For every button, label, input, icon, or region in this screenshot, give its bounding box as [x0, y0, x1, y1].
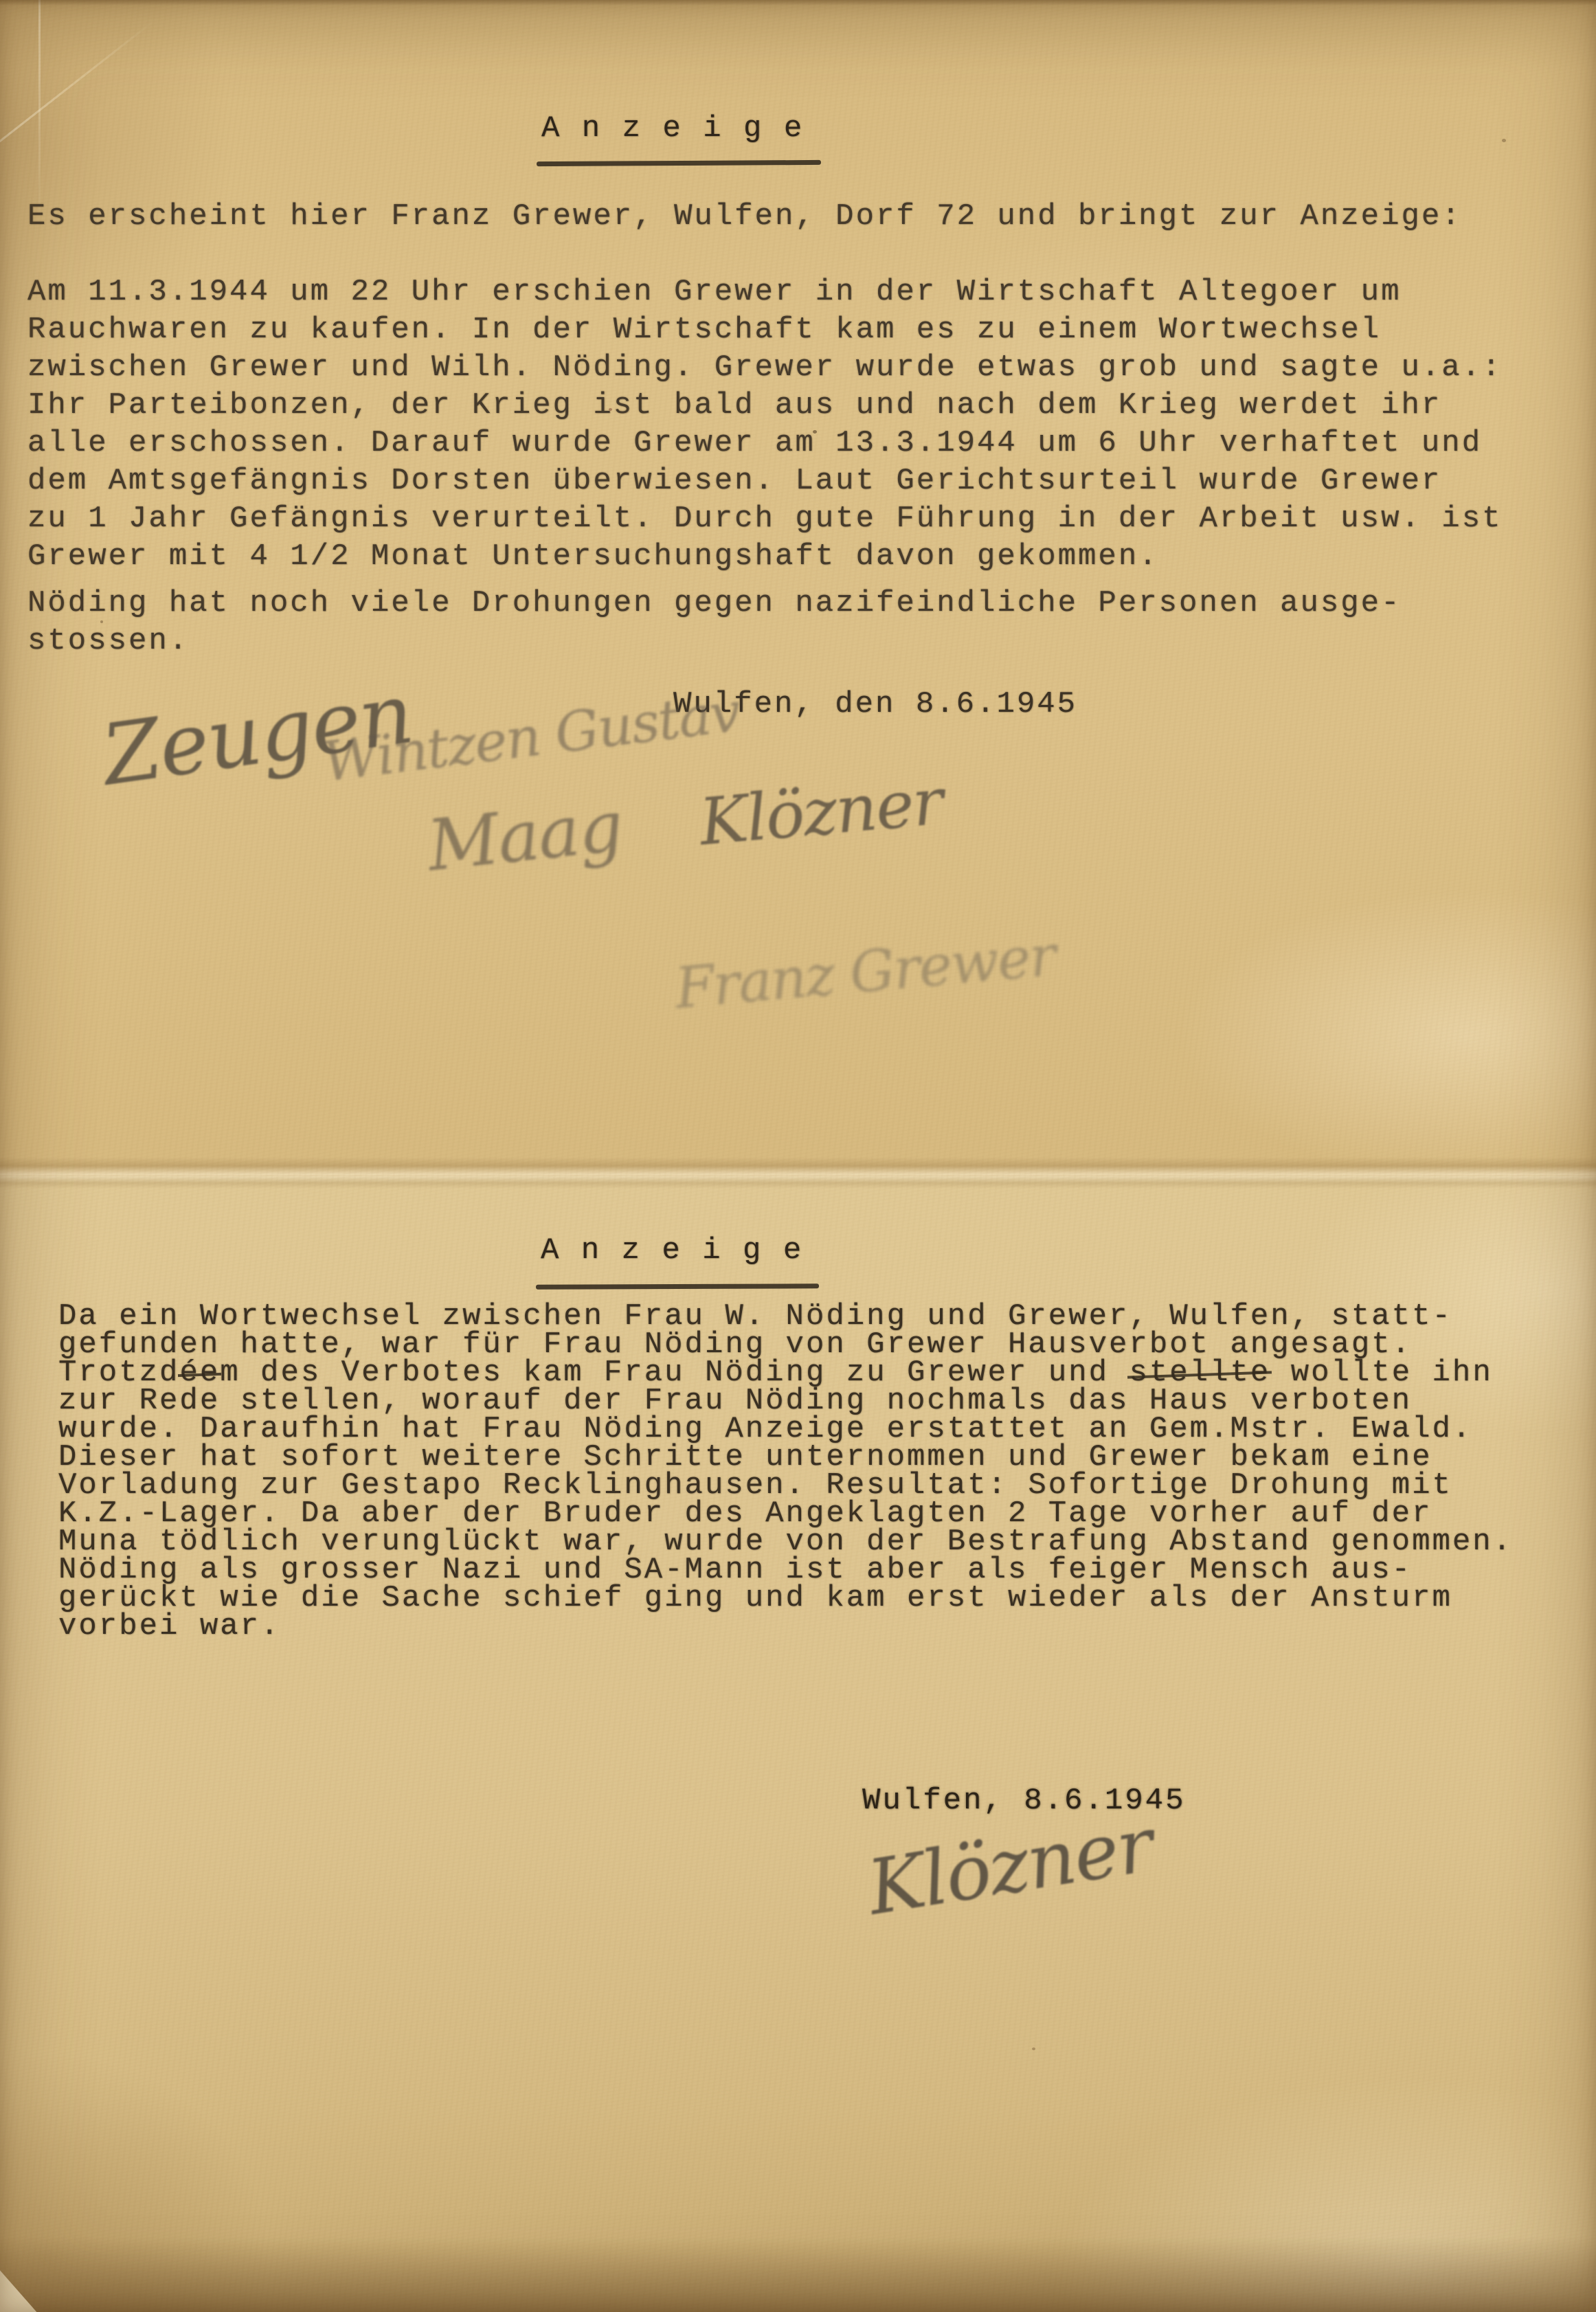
typed-line: Muna tödlich verunglückt war, wurde von … [58, 1528, 1513, 1556]
typed-text-struck-out: stellte [1129, 1356, 1270, 1390]
doc2-main-paragraph: Da ein Wortwechsel zwischen Frau W. Nödi… [58, 1303, 1513, 1641]
scan-top-edge-shadow [0, 0, 1596, 5]
doc1-heading-anzeige: A n z e i g e [541, 111, 804, 146]
typed-text: Grewer mit 4 1/2 Monat Untersuchungshaft… [27, 539, 1159, 574]
typed-text: Ihr Parteibonzen, der Krieg ist bald aus… [27, 388, 1441, 423]
typed-text: zu 1 Jahr Gefängnis verurteilt. Durch gu… [27, 502, 1503, 536]
typed-text: Nöding hat noch viele Drohungen gegen na… [27, 586, 1402, 620]
scanned-document-page: { "document_type": "Anzeige (typewritten… [0, 0, 1596, 2312]
typed-text: dem Amtsgefängnis Dorsten überwiesen. La… [27, 464, 1441, 498]
typed-line: gerückt wie die Sache schief ging und ka… [58, 1584, 1513, 1613]
typed-text: Es erscheint hier Franz Grewer, Wulfen, … [27, 199, 1462, 234]
typed-line: Am 11.3.1944 um 22 Uhr erschien Grewer i… [27, 273, 1503, 311]
typed-line: zur Rede stellen, worauf der Frau Nöding… [58, 1387, 1513, 1415]
scan-bottom-edge-shadow [0, 2236, 1596, 2312]
doc2-heading-anzeige: A n z e i g e [541, 1233, 803, 1268]
typed-text: alle erschossen. Darauf wurde Grewer am … [27, 426, 1482, 460]
typed-line: Es erscheint hier Franz Grewer, Wulfen, … [27, 198, 1462, 236]
typed-text: Rauchwaren zu kaufen. In der Wirtschaft … [27, 313, 1381, 347]
doc2-heading-underline [536, 1283, 819, 1289]
typed-line: zwischen Grewer und Wilh. Nöding. Grewer… [27, 349, 1503, 387]
typed-text: vorbei war. [58, 1609, 280, 1643]
doc2-dateline: Wulfen, 8.6.1945 [862, 1784, 1185, 1818]
doc1-main-paragraph: Am 11.3.1944 um 22 Uhr erschien Grewer i… [27, 273, 1503, 576]
typed-line: Da ein Wortwechsel zwischen Frau W. Nödi… [58, 1303, 1513, 1331]
typed-line: Nöding hat noch viele Drohungen gegen na… [27, 585, 1402, 622]
typed-line: Grewer mit 4 1/2 Monat Untersuchungshaft… [27, 538, 1503, 576]
typed-line: Rauchwaren zu kaufen. In der Wirtschaft … [27, 311, 1503, 349]
typed-line: K.Z.-Lager. Da aber der Bruder des Angek… [58, 1500, 1513, 1528]
typed-line: Ihr Parteibonzen, der Krieg ist bald aus… [27, 387, 1503, 425]
typed-line: Trotzdéem des Verbotes kam Frau Nöding z… [58, 1359, 1513, 1387]
typed-line: wurde. Daraufhin hat Frau Nöding Anzeige… [58, 1415, 1513, 1444]
typed-line: alle erschossen. Darauf wurde Grewer am … [27, 425, 1503, 462]
typed-line: stossen. [27, 622, 1402, 660]
doc1-closing-paragraph: Nöding hat noch viele Drohungen gegen na… [27, 585, 1402, 660]
typed-text-struck-out: ée [179, 1356, 220, 1390]
typed-text: stossen. [27, 624, 189, 658]
typed-line: zu 1 Jahr Gefängnis verurteilt. Durch gu… [27, 500, 1503, 538]
typed-line: gefunden hatte, war für Frau Nöding von … [58, 1331, 1513, 1359]
typed-line: Vorladung zur Gestapo Recklinghausen. Re… [58, 1472, 1513, 1500]
typed-text: Am 11.3.1944 um 22 Uhr erschien Grewer i… [27, 275, 1402, 309]
typed-line: vorbei war. [58, 1613, 1513, 1641]
doc1-dateline: Wulfen, den 8.6.1945 [673, 687, 1077, 721]
doc1-intro-paragraph: Es erscheint hier Franz Grewer, Wulfen, … [27, 198, 1462, 236]
typed-text: zwischen Grewer und Wilh. Nöding. Grewer… [27, 350, 1503, 385]
typed-line: dem Amtsgefängnis Dorsten überwiesen. La… [27, 462, 1503, 500]
typed-line: Dieser hat sofort weitere Schritte unter… [58, 1444, 1513, 1472]
typed-line: Nöding als grosser Nazi und SA-Mann ist … [58, 1556, 1513, 1584]
